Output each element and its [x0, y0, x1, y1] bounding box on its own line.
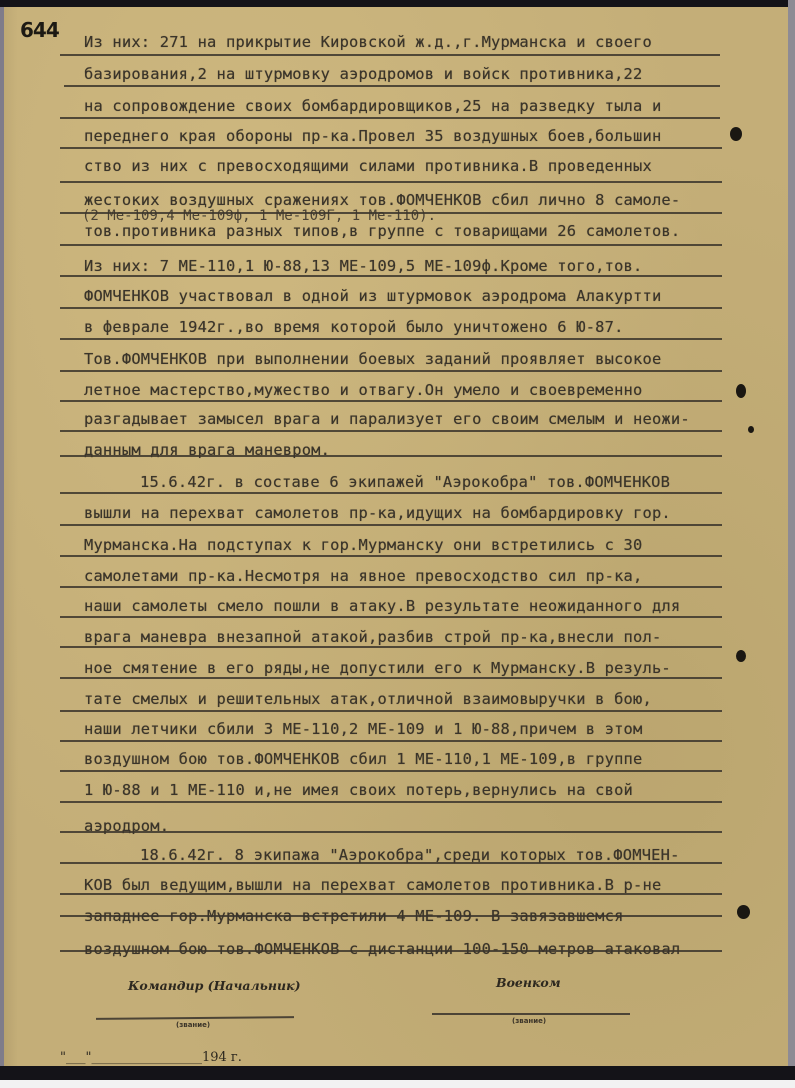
underline-rule — [60, 740, 722, 742]
underline-rule — [60, 307, 722, 309]
commissar-signature-line — [432, 1013, 630, 1015]
text-line: тов.противника разных типов,в группе с т… — [84, 222, 680, 240]
underline-rule — [60, 770, 722, 772]
underline-rule — [60, 244, 722, 246]
underline-rule — [60, 400, 722, 402]
text-line: ФОМЧЕНКОВ участвовал в одной из штурмово… — [84, 287, 661, 305]
text-line: тате смелых и решительных атак,отличной … — [84, 690, 652, 708]
underline-rule — [60, 370, 722, 372]
text-line: воздушном бою тов.ФОМЧЕНКОВ с дистанции … — [84, 940, 680, 958]
text-line: 15.6.42г. в составе 6 экипажей "Аэрокобр… — [140, 473, 670, 491]
text-line: Из них: 271 на прикрытие Кировской ж.д.,… — [84, 33, 652, 51]
text-line: в феврале 1942г.,во время которой было у… — [84, 318, 624, 336]
underline-rule — [60, 831, 722, 833]
text-line: переднего края обороны пр-ка.Провел 35 в… — [84, 127, 661, 145]
underline-rule — [60, 586, 722, 588]
text-line: ство из них с превосходящими силами прот… — [84, 157, 652, 175]
commissar-rank-caption: (звание) — [512, 1017, 546, 1025]
page-number: 644 — [20, 18, 59, 42]
text-line: воздушном бою тов.ФОМЧЕНКОВ сбил 1 МЕ-11… — [84, 750, 643, 768]
text-line: жестоких воздушных сражениях тов.ФОМЧЕНК… — [84, 191, 680, 209]
text-line: ное смятение в его ряды,не допустили его… — [84, 659, 671, 677]
strikethrough-rule — [60, 915, 722, 917]
underline-rule — [60, 430, 722, 432]
underline-rule — [60, 147, 722, 149]
underline-rule — [60, 555, 722, 557]
commissar-label: Военком — [496, 975, 561, 990]
text-line: Тов.ФОМЧЕНКОВ при выполнении боевых зада… — [84, 350, 661, 368]
text-line: базирования,2 на штурмовку аэродромов и … — [84, 65, 643, 83]
scan-right-border — [788, 0, 795, 1088]
scan-bottom-border — [0, 1066, 795, 1080]
text-line: самолетами пр-ка.Несмотря на явное прево… — [84, 567, 643, 585]
text-line: наши самолеты смело пошли в атаку.В резу… — [84, 597, 680, 615]
commander-rank-caption: (звание) — [176, 1021, 210, 1029]
underline-rule — [60, 212, 722, 214]
text-line: вышли на перехват самолетов пр-ка,идущих… — [84, 504, 671, 522]
underline-rule — [60, 338, 722, 340]
underline-rule — [60, 492, 722, 494]
text-line: на сопровождение своих бомбардировщиков,… — [84, 97, 661, 115]
underline-rule — [60, 181, 722, 183]
underline-rule — [60, 710, 722, 712]
underline-rule — [60, 54, 720, 56]
scan-top-border — [0, 0, 795, 7]
underline-rule — [60, 646, 722, 648]
scan-bottom-margin — [0, 1080, 795, 1088]
underline-rule — [60, 677, 722, 679]
underline-rule — [60, 275, 722, 277]
ink-blot — [736, 384, 746, 398]
underline-rule — [60, 893, 722, 895]
ink-blot — [748, 426, 754, 433]
underline-rule — [64, 85, 720, 87]
text-line: разгадывает замысел врага и парализует е… — [84, 410, 690, 428]
ink-blot — [730, 127, 742, 141]
date-line: "___"_________________194 г. — [60, 1050, 242, 1065]
text-line: врага маневра внезапной атакой,разбив ст… — [84, 628, 661, 646]
underline-rule — [60, 616, 722, 618]
text-line: КОВ был ведущим,вышли на перехват самоле… — [84, 876, 661, 894]
underline-rule — [60, 862, 722, 864]
ink-blot — [736, 650, 746, 662]
text-line: Из них: 7 МЕ-110,1 Ю-88,13 МЕ-109,5 МЕ-1… — [84, 257, 643, 275]
text-line: летное мастерство,мужество и отвагу.Он у… — [84, 381, 643, 399]
text-line: 1 Ю-88 и 1 МЕ-110 и,не имея своих потерь… — [84, 781, 633, 799]
commander-label: Командир (Начальник) — [128, 978, 301, 993]
strikethrough-rule — [60, 950, 722, 952]
underline-rule — [60, 524, 722, 526]
text-line: Мурманска.На подступах к гор.Мурманску о… — [84, 536, 643, 554]
ink-blot — [737, 905, 750, 919]
underline-rule — [60, 801, 722, 803]
underline-rule — [60, 117, 720, 119]
text-line: наши летчики сбили 3 МЕ-110,2 МЕ-109 и 1… — [84, 720, 643, 738]
underline-rule — [60, 455, 722, 457]
